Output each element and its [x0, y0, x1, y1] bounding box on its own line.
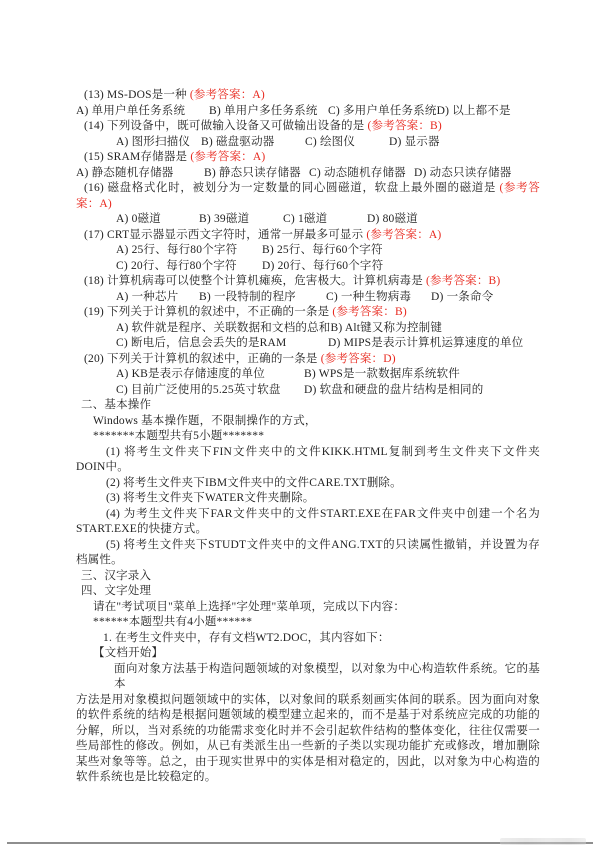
text-run: Windows 基本操作题，不限制操作的方式， — [93, 415, 317, 427]
document-body: (13) MS-DOS是一种 (参考答案：A)A) 单用户单任务系统B) 单用户… — [76, 88, 540, 786]
text-run: B) 39磁道 — [199, 212, 283, 228]
reference-answer: (参考答案：A) — [190, 89, 265, 101]
doc-line: DOIN中。 — [76, 460, 540, 476]
text-run: B) Alt键又称为控制键 — [331, 322, 443, 334]
text-run: B) 25行、每行60个字符 — [262, 244, 383, 256]
text-run: C) 多用户单任务系统 — [328, 104, 437, 120]
text-run: B) 磁盘驱动器 — [201, 135, 305, 151]
text-run: 1. 在考生文件夹中，存有文档WT2.DOC，其内容如下： — [103, 632, 390, 644]
doc-line: 某些对象等等。总之，由于现实世界中的实体是相对稳定的，因此，以对象为中心构造的 — [76, 755, 540, 771]
doc-line: START.EXE的快捷方式。 — [76, 522, 540, 538]
text-run: A) KB是表示存储速度的单位 — [116, 367, 304, 383]
text-run: B) 静态只读存储器 — [204, 166, 309, 182]
text-run: C) 目前广泛使用的5.25英寸软盘 — [116, 383, 304, 399]
text-run: DOIN中。 — [76, 461, 129, 473]
text-run: A) 25行、每行80个字符 — [116, 243, 262, 259]
text-run: D) 以上都不是 — [437, 105, 511, 117]
text-run: C) 1磁道 — [283, 212, 367, 228]
doc-line: (19) 下列关于计算机的叙述中，不正确的一条是 (参考答案：B) — [76, 305, 540, 321]
doc-line: C) 目前广泛使用的5.25英寸软盘D) 软盘和硬盘的盘片结构是相同的 — [76, 383, 540, 399]
text-run: 分解，所以，当对系统的功能需求变化时并不会引起软件结构的整体变化，往往仅需要一 — [76, 725, 540, 737]
text-run: C) 断电后，信息会丢失的是RAM — [116, 336, 328, 352]
text-run: D) 一条命令 — [431, 291, 493, 303]
text-run: START.EXE的快捷方式。 — [76, 523, 207, 535]
doc-line: A) KB是表示存储速度的单位B) WPS是一款数据库系统软件 — [76, 367, 540, 383]
text-run: C) 动态随机存储器 — [309, 166, 414, 182]
text-run: (1) 将考生文件夹下FIN文件夹中的文件KIKK.HTML复制到考生文件夹下文… — [106, 446, 540, 458]
doc-line: A) 静态随机存储器B) 静态只读存储器C) 动态随机存储器D) 动态只读存储器 — [76, 166, 540, 182]
doc-line: *******本题型共有5小题******* — [76, 429, 540, 445]
doc-line: ******本题型共有4小题****** — [76, 615, 540, 631]
doc-line: C) 20行、每行80个字符D) 20行、每行60个字符 — [76, 259, 540, 275]
text-run: A) 图形扫描仪 — [116, 135, 201, 151]
reference-answer: (参考答案：D) — [321, 353, 396, 365]
doc-line: A) 单用户单任务系统B) 单用户多任务系统C) 多用户单任务系统D) 以上都不… — [76, 104, 540, 120]
text-run: A) 一种芯片 — [116, 290, 199, 306]
text-run: B) 一段特制的程序 — [199, 290, 326, 306]
text-run: (2) 将考生文件夹下IBM文件夹中的文件CARE.TXT删除。 — [106, 477, 402, 489]
doc-line: (17) CRT显示器显示西文字符时，通常一屏最多可显示 (参考答案：A) — [76, 228, 540, 244]
text-run: 的软件系统的结构是根据问题领域的模型建立起来的，而不是基于对系统应完成的功能的 — [76, 709, 540, 721]
text-run: 软件系统也是比较稳定的。 — [76, 771, 216, 783]
text-run: 四、文字处理 — [81, 585, 151, 597]
text-run: C) 绘图仪 — [305, 135, 389, 151]
doc-line: A) 一种芯片B) 一段特制的程序C) 一种生物病毒D) 一条命令 — [76, 290, 540, 306]
text-run: 请在"考试项目"菜单上选择"字处理"菜单项，完成以下内容： — [93, 601, 405, 613]
text-run: 某些对象等等。总之，由于现实世界中的实体是相对稳定的，因此，以对象为中心构造的 — [76, 756, 540, 768]
text-run: A) 0磁道 — [116, 212, 199, 228]
text-run: *******本题型共有5小题******* — [93, 430, 264, 442]
text-run: 三、汉字录入 — [81, 570, 151, 582]
doc-line: (15) SRAM存储器是 (参考答案：A) — [76, 150, 540, 166]
text-run: 方法是用对象模拟问题领域中的实体，以对象间的联系刻画实体间的联系。因为面向对象 — [76, 694, 540, 706]
text-run: A) 静态随机存储器 — [76, 166, 204, 182]
doc-line: (3) 将考生文件夹下WATER文件夹删除。 — [76, 491, 540, 507]
doc-line: (2) 将考生文件夹下IBM文件夹中的文件CARE.TXT删除。 — [76, 476, 540, 492]
doc-line: 请在"考试项目"菜单上选择"字处理"菜单项，完成以下内容： — [76, 600, 540, 616]
doc-line: 分解，所以，当对系统的功能需求变化时并不会引起软件结构的整体变化，往往仅需要一 — [76, 724, 540, 740]
text-run: D) 动态只读存储器 — [414, 167, 512, 179]
doc-line: A) 软件就是程序、关联数据和文档的总和B) Alt键又称为控制键 — [76, 321, 540, 337]
doc-line: C) 断电后，信息会丢失的是RAMD) MIPS是表示计算机运算速度的单位 — [76, 336, 540, 352]
text-run: C) 一种生物病毒 — [326, 290, 431, 306]
doc-line: (16) 磁盘格式化时，被划分为一定数量的同心圆磁道，软盘上最外圈的磁道是 (参… — [76, 181, 540, 197]
doc-line: 四、文字处理 — [76, 584, 540, 600]
doc-line: A) 0磁道B) 39磁道C) 1磁道D) 80磁道 — [76, 212, 540, 228]
text-run: D) 20行、每行60个字符 — [262, 260, 383, 272]
doc-line: 软件系统也是比较稳定的。 — [76, 770, 540, 786]
doc-line: (14) 下列设备中，既可做输入设备又可做输出设备的是 (参考答案：B) — [76, 119, 540, 135]
doc-line: 些局部性的修改。例如，从已有类派生出一些新的子类以实现功能扩充或修改，增加删除 — [76, 739, 540, 755]
doc-line: 方法是用对象模拟问题领域中的实体，以对象间的联系刻画实体间的联系。因为面向对象 — [76, 693, 540, 709]
text-run: D) 80磁道 — [367, 213, 418, 225]
doc-line: 三、汉字录入 — [76, 569, 540, 585]
reference-answer: (参考答案：B) — [426, 275, 500, 287]
text-run: A) 单用户单任务系统 — [76, 104, 209, 120]
doc-line: (13) MS-DOS是一种 (参考答案：A) — [76, 88, 540, 104]
doc-line: A) 25行、每行80个字符B) 25行、每行60个字符 — [76, 243, 540, 259]
reference-answer: (参考答 — [500, 182, 540, 194]
text-run: B) WPS是一款数据库系统软件 — [304, 368, 460, 380]
doc-line: (5) 将考生文件夹下STUDT文件夹中的文件ANG.TXT的只读属性撤销，并设… — [76, 538, 540, 554]
text-run: (3) 将考生文件夹下WATER文件夹删除。 — [106, 492, 315, 504]
page: { "colors": { "text": "#1f1f1f", "answer… — [0, 0, 600, 851]
text-run: (14) 下列设备中，既可做输入设备又可做输出设备的是 — [84, 120, 368, 132]
text-run: (4) 为考生文件夹下FAR文件夹中的文件START.EXE在FAR文件夹中创建… — [106, 508, 540, 520]
doc-line: (20) 下列关于计算机的叙述中，正确的一条是 (参考答案：D) — [76, 352, 540, 368]
doc-line: 的软件系统的结构是根据问题领域的模型建立起来的，而不是基于对系统应完成的功能的 — [76, 708, 540, 724]
doc-line: 面向对象方法基于构造问题领域的对象模型，以对象为中心构造软件系统。它的基本 — [76, 662, 540, 693]
text-run: A) 软件就是程序、关联数据和文档的总和 — [116, 321, 331, 337]
text-run: 些局部性的修改。例如，从已有类派生出一些新的子类以实现功能扩充或修改，增加删除 — [76, 740, 540, 752]
reference-answer: (参考答案：B) — [368, 120, 442, 132]
text-run: (13) MS-DOS是一种 — [84, 89, 190, 101]
doc-line: 案：A) — [76, 197, 540, 213]
text-run: D) MIPS是表示计算机运算速度的单位 — [328, 337, 523, 349]
reference-answer: (参考答案：B) — [332, 306, 406, 318]
text-run: (16) 磁盘格式化时，被划分为一定数量的同心圆磁道，软盘上最外圈的磁道是 — [84, 182, 500, 194]
text-run: 档属性。 — [76, 554, 123, 566]
doc-line: (1) 将考生文件夹下FIN文件夹中的文件KIKK.HTML复制到考生文件夹下文… — [76, 445, 540, 461]
text-run: 二、基本操作 — [81, 399, 151, 411]
text-run: D) 软盘和硬盘的盘片结构是相同的 — [304, 384, 483, 396]
text-run: C) 20行、每行80个字符 — [116, 259, 262, 275]
doc-line: (4) 为考生文件夹下FAR文件夹中的文件START.EXE在FAR文件夹中创建… — [76, 507, 540, 523]
text-run: B) 单用户多任务系统 — [209, 104, 328, 120]
text-run: (19) 下列关于计算机的叙述中，不正确的一条是 — [84, 306, 332, 318]
reference-answer: 案：A) — [76, 198, 112, 210]
text-run: D) 显示器 — [389, 136, 440, 148]
text-run: 【文档开始】 — [93, 647, 163, 659]
doc-line: A) 图形扫描仪B) 磁盘驱动器C) 绘图仪D) 显示器 — [76, 135, 540, 151]
text-run: (5) 将考生文件夹下STUDT文件夹中的文件ANG.TXT的只读属性撤销，并设… — [106, 539, 540, 551]
text-run: 面向对象方法基于构造问题领域的对象模型，以对象为中心构造软件系统。它的基本 — [114, 663, 540, 691]
doc-line: 档属性。 — [76, 553, 540, 569]
watermark-smudge — [500, 838, 586, 845]
reference-answer: (参考答案：A) — [190, 151, 265, 163]
reference-answer: (参考答案：A) — [366, 229, 441, 241]
text-run: (17) CRT显示器显示西文字符时，通常一屏最多可显示 — [84, 229, 366, 241]
doc-line: 二、基本操作 — [76, 398, 540, 414]
doc-line: 【文档开始】 — [76, 646, 540, 662]
text-run: (15) SRAM存储器是 — [84, 151, 190, 163]
text-run: (20) 下列关于计算机的叙述中，正确的一条是 — [84, 353, 321, 365]
doc-line: (18) 计算机病毒可以使整个计算机瘫痪，危害极大。计算机病毒是 (参考答案：B… — [76, 274, 540, 290]
text-run: (18) 计算机病毒可以使整个计算机瘫痪，危害极大。计算机病毒是 — [84, 275, 426, 287]
doc-line: Windows 基本操作题，不限制操作的方式， — [76, 414, 540, 430]
doc-line: 1. 在考生文件夹中，存有文档WT2.DOC，其内容如下： — [76, 631, 540, 647]
text-run: ******本题型共有4小题****** — [93, 616, 252, 628]
